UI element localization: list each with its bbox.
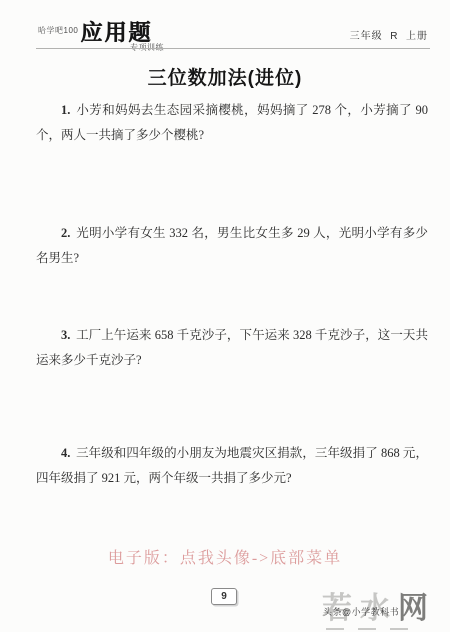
problem-1-text: 小芳和妈妈去生态园采摘樱桃，妈妈摘了 278 个，小芳摘了 90 个，两人一共摘… bbox=[36, 103, 428, 142]
page-number-badge: 9 bbox=[211, 588, 237, 605]
problem-4: 4.三年级和四年级的小朋友为地震灾区捐款，三年级捐了 868 元，四年级捐了 9… bbox=[36, 441, 428, 491]
problem-4-text: 三年级和四年级的小朋友为地震灾区捐款，三年级捐了 868 元，四年级捐了 921… bbox=[36, 446, 428, 485]
problem-4-number: 4. bbox=[61, 446, 70, 460]
problem-3-text: 工厂上午运来 658 千克沙子，下午运来 328 千克沙子，这一天共运来多少千克… bbox=[36, 328, 428, 367]
ebook-promo-text: 电子版：点我头像->底部菜单 bbox=[0, 545, 450, 568]
watermark-char-3: 网 bbox=[398, 592, 436, 625]
problem-3: 3.工厂上午运来 658 千克沙子，下午运来 328 千克沙子，这一天共运来多少… bbox=[36, 323, 428, 373]
workbook-page: 哈学吧100应用题 专项训练 三年级 R 上册 三位数加法(进位) 1.小芳和妈… bbox=[0, 0, 450, 632]
watermark-overlay-text: 头条@小学教科书 bbox=[323, 605, 399, 618]
watermark: 若水网 头条@小学教科书 bbox=[320, 592, 450, 632]
problem-2-number: 2. bbox=[61, 226, 70, 240]
watermark-smudge-marks bbox=[326, 628, 444, 630]
header-divider bbox=[36, 48, 430, 49]
edition-label: 三年级 R 上册 bbox=[350, 27, 428, 42]
problem-1-number: 1. bbox=[61, 103, 70, 117]
problem-2-text: 光明小学有女生 332 名，男生比女生多 29 人，光明小学有多少名男生? bbox=[36, 226, 428, 265]
brand-logo-prefix: 哈学吧100 bbox=[38, 26, 78, 35]
problem-3-number: 3. bbox=[61, 328, 70, 342]
problem-2: 2.光明小学有女生 332 名，男生比女生多 29 人，光明小学有多少名男生? bbox=[36, 221, 428, 271]
brand-logo: 哈学吧100应用题 专项训练 bbox=[38, 16, 152, 50]
lesson-title: 三位数加法(进位) bbox=[0, 63, 450, 90]
problem-1: 1.小芳和妈妈去生态园采摘樱桃，妈妈摘了 278 个，小芳摘了 90 个，两人一… bbox=[36, 98, 428, 148]
